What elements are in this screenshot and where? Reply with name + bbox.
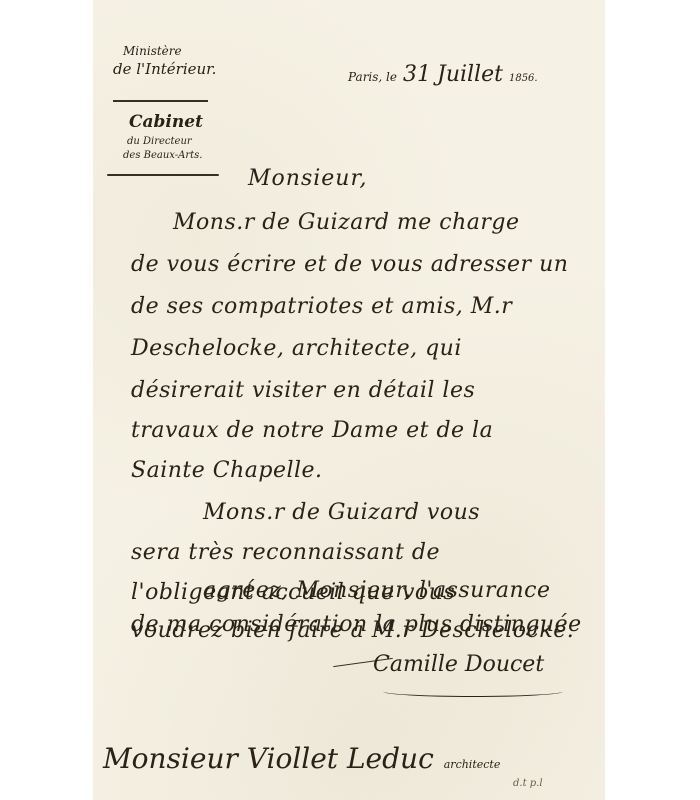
letterhead-directeur: du Directeur [127, 136, 192, 147]
addressee-annotation: d.t p.l [513, 778, 543, 789]
body-line: de ses compatriotes et amis, M.r [131, 294, 512, 319]
dateline: Paris, le 31 Juillet 1856. [348, 62, 538, 87]
letterhead-ministere: Ministère [123, 44, 182, 58]
body-line: Mons.r de Guizard me charge [173, 210, 520, 235]
date-year: 1856. [509, 73, 538, 84]
letterhead-flourish-rule [107, 174, 219, 176]
date-day: 31 [403, 62, 431, 87]
body-line: désirerait visiter en détail les [131, 378, 475, 403]
letterhead-cabinet: Cabinet [129, 112, 203, 132]
closing-line-2: de ma considération la plus distinguée [131, 612, 582, 637]
body-line: travaux de notre Dame et de la [131, 418, 493, 443]
letter-page: Ministère de l'Intérieur. Cabinet du Dir… [93, 0, 605, 800]
addressee: Monsieur Viollet Leduc architecte [103, 742, 500, 775]
signature: Camille Doucet [373, 652, 544, 677]
date-month: Juillet [437, 62, 503, 87]
body-line: Sainte Chapelle. [131, 458, 323, 483]
body-line: Mons.r de Guizard vous [203, 500, 480, 525]
addressee-title: architecte [444, 758, 501, 771]
date-place: Paris, le [348, 70, 397, 84]
letterhead-beaux-arts: des Beaux-Arts. [123, 150, 202, 161]
letterhead-interieur: de l'Intérieur. [113, 60, 216, 78]
body-line: Deschelocke, architecte, qui [131, 336, 462, 361]
signature-underline [383, 686, 563, 697]
body-line: de vous écrire et de vous adresser un [131, 252, 568, 277]
body-line: sera très reconnaissant de [131, 540, 440, 565]
salutation: Monsieur, [248, 166, 368, 191]
letterhead-rule [113, 100, 208, 102]
closing-line-1: agréez, Monsieur, l'assurance [203, 578, 550, 603]
addressee-name: Monsieur Viollet Leduc [103, 742, 434, 775]
